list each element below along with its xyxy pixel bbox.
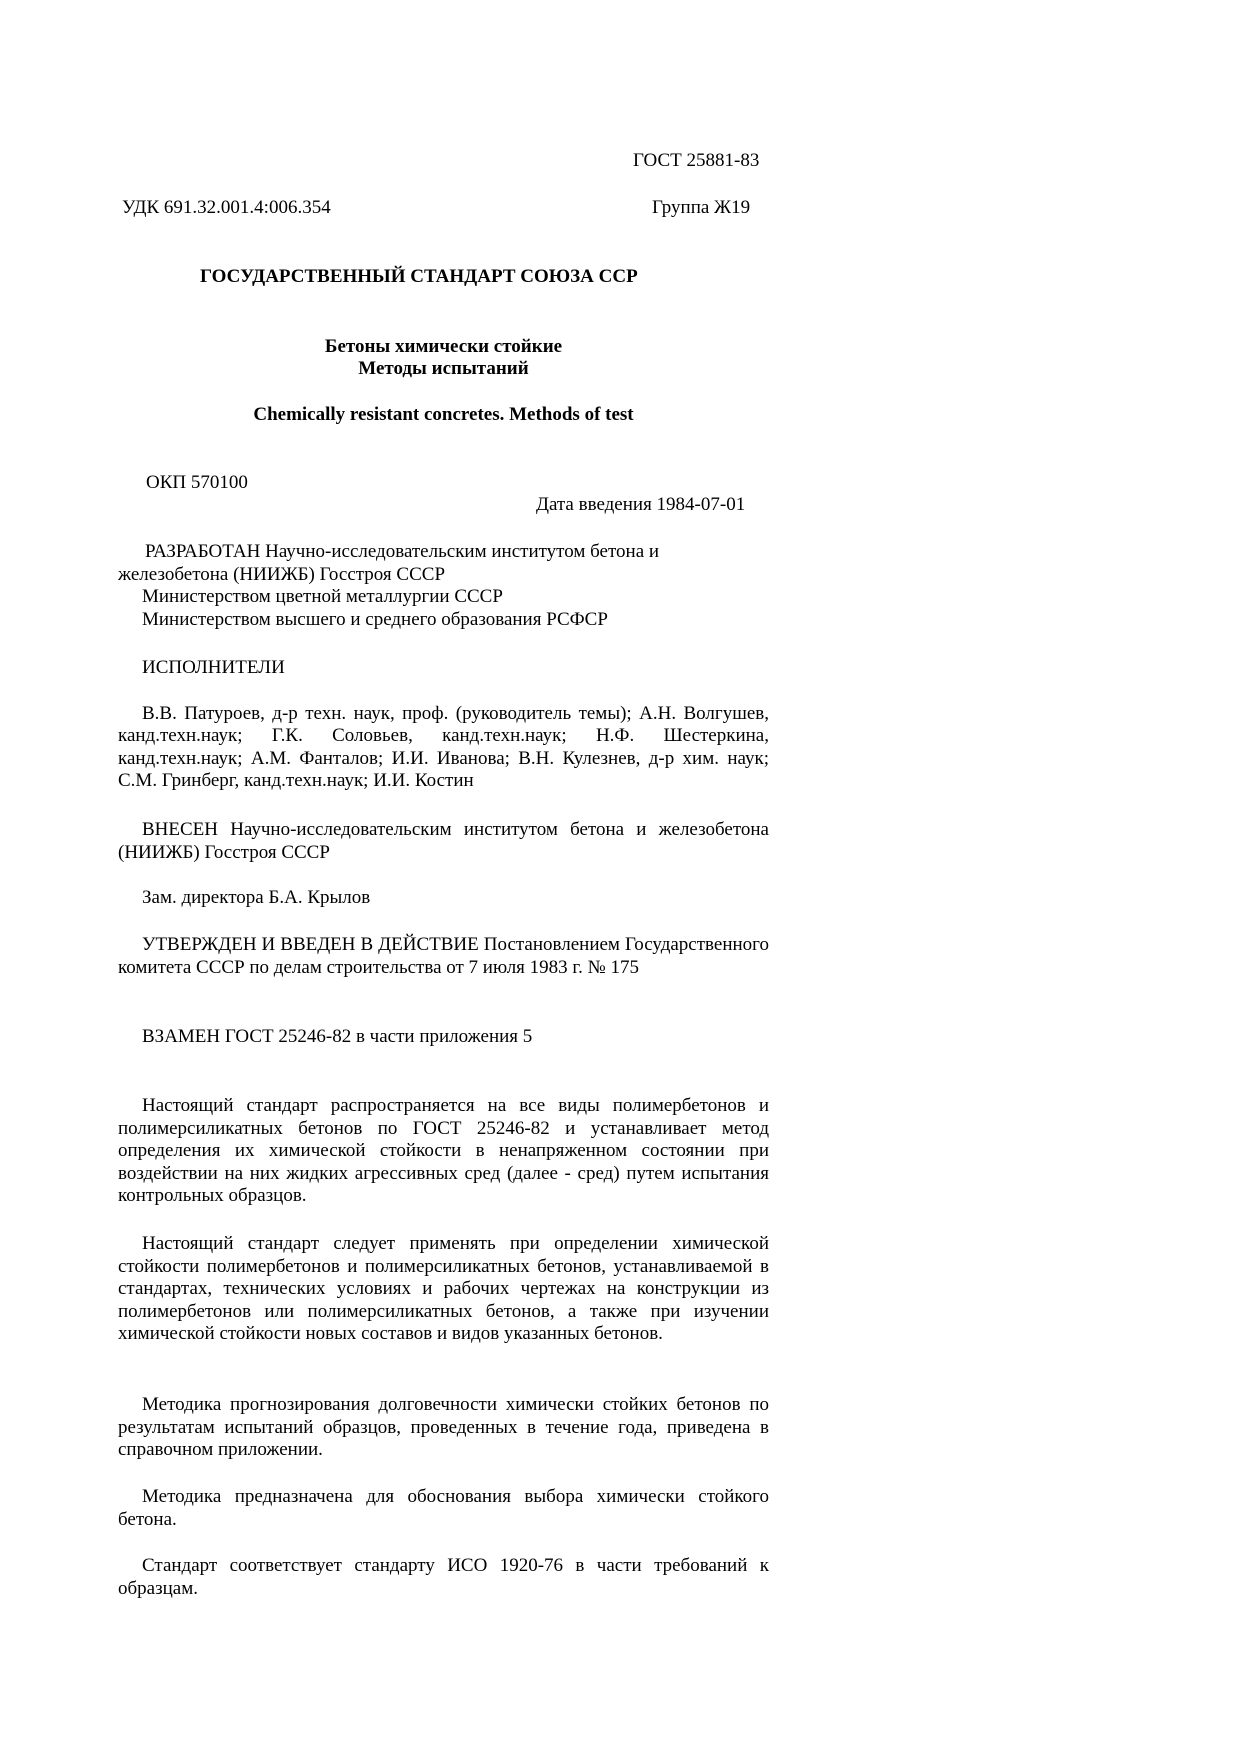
document-title-ru-line2: Методы испытаний (118, 358, 769, 381)
body-paragraph-1: Настоящий стандарт распространяется на в… (118, 1095, 769, 1208)
paragraph-forecast-method: Методика прогнозирования долговечности х… (118, 1394, 769, 1462)
paragraph-iso-compliance: Стандарт соответствует стандарту ИСО 192… (118, 1555, 769, 1600)
submitted-section: ВНЕСЕН Научно-исследовательским институт… (118, 819, 769, 910)
performers-list: В.В. Патуроев, д-р техн. наук, проф. (ру… (118, 703, 769, 793)
body-paragraph-4: Методика предназначена для обоснования в… (118, 1486, 769, 1531)
developed-section: РАЗРАБОТАН Научно-исследовательским инст… (118, 541, 769, 631)
approved-section: УТВЕРЖДЕН И ВВЕДЕН В ДЕЙСТВИЕ Постановле… (118, 934, 769, 979)
okp-code: ОКП 570100 (146, 472, 248, 495)
paragraph-method-purpose: Методика предназначена для обоснования в… (118, 1486, 769, 1531)
performers-heading: ИСПОЛНИТЕЛИ (118, 657, 769, 680)
document-title-en: Chemically resistant concretes. Methods … (118, 404, 769, 427)
developed-by-ministry-education: Министерством высшего и среднего образов… (118, 609, 769, 632)
state-standard-heading: ГОСУДАРСТВЕННЫЙ СТАНДАРТ СОЮЗА ССР (200, 266, 638, 289)
developed-by-ministry-metallurgy: Министерством цветной металлургии СССР (118, 586, 769, 609)
gost-number: ГОСТ 25881-83 (633, 150, 759, 173)
document-title-ru-line1: Бетоны химически стойкие (118, 336, 769, 359)
developed-by-text: РАЗРАБОТАН Научно-исследовательским инст… (118, 541, 769, 586)
group-code: Группа Ж19 (652, 197, 750, 220)
replaces-section: ВЗАМЕН ГОСТ 25246-82 в части приложения … (118, 1026, 769, 1049)
performers-section: ИСПОЛНИТЕЛИ В.В. Патуроев, д-р техн. нау… (118, 657, 769, 793)
submitted-by-text: ВНЕСЕН Научно-исследовательским институт… (118, 819, 769, 864)
paragraph-application: Настоящий стандарт следует применять при… (118, 1233, 769, 1346)
body-paragraph-3: Методика прогнозирования долговечности х… (118, 1394, 769, 1462)
replaces-text: ВЗАМЕН ГОСТ 25246-82 в части приложения … (118, 1026, 769, 1049)
paragraph-scope: Настоящий стандарт распространяется на в… (118, 1095, 769, 1208)
body-paragraph-5: Стандарт соответствует стандарту ИСО 192… (118, 1555, 769, 1600)
body-paragraph-2: Настоящий стандарт следует применять при… (118, 1233, 769, 1346)
deputy-director: Зам. директора Б.А. Крылов (118, 887, 769, 910)
approved-text: УТВЕРЖДЕН И ВВЕДЕН В ДЕЙСТВИЕ Постановле… (118, 934, 769, 979)
udk-code: УДК 691.32.001.4:006.354 (122, 197, 331, 220)
introduction-date: Дата введения 1984-07-01 (536, 494, 745, 517)
